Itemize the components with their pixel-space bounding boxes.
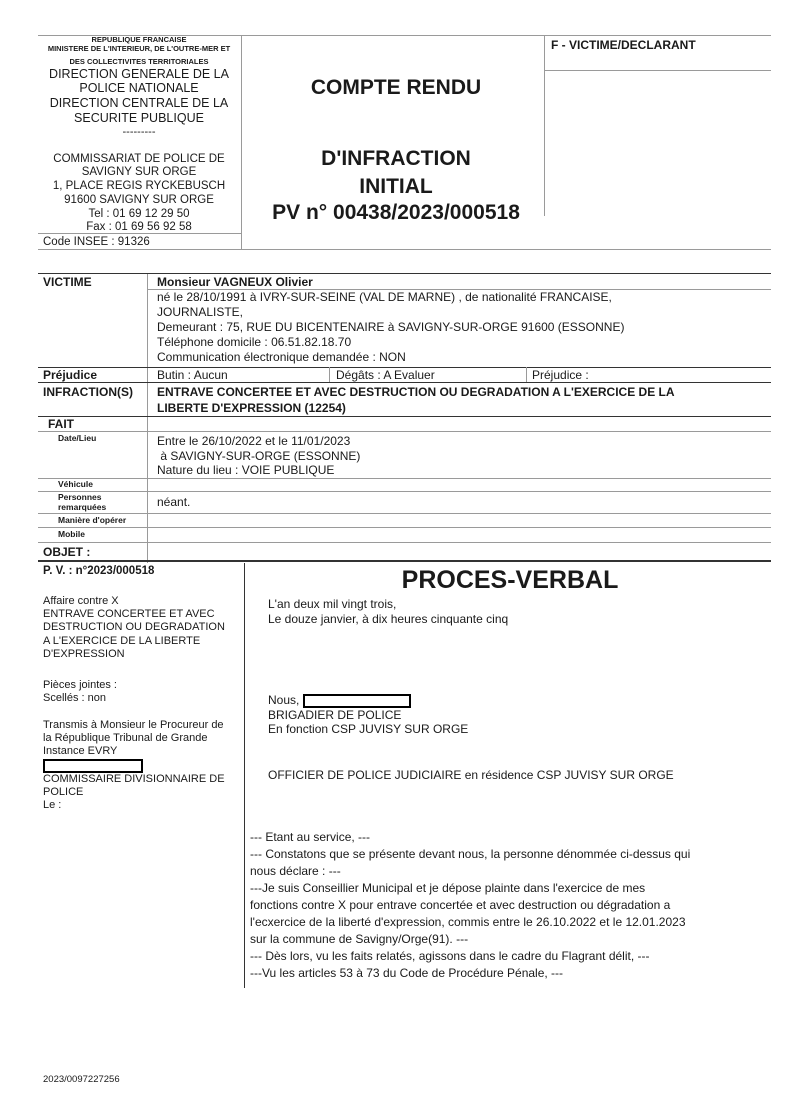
document-title-line-2: D'INFRACTION INITIAL: [246, 145, 546, 201]
datelieu-line-1: Entre le 26/10/2022 et le 11/01/2023: [157, 434, 350, 449]
maniere-label: Manière d'opérer: [58, 516, 126, 526]
declaration-line: --- Dès lors, vu les faits relatés, agis…: [250, 948, 750, 965]
signatory-block: COMMISSAIRE DIVISIONNAIRE DE POLICE Le :: [43, 773, 225, 813]
prejudice-div-1: [329, 367, 330, 382]
header-bottom-rule: [38, 249, 771, 250]
pv-number: PV n° 00438/2023/000518: [246, 201, 546, 225]
pieces-block: Pièces jointes : Scellés : non: [43, 679, 117, 705]
fait-label-rule: [38, 431, 771, 432]
declaration-line: fonctions contre X pour entrave concerté…: [250, 897, 750, 914]
infraction-line-2: LIBERTE D'EXPRESSION (12254): [157, 400, 346, 416]
transmis-line-1: Transmis à Monsieur le Procureur de: [43, 719, 224, 732]
infraction-line-1: ENTRAVE CONCERTEE ET AVEC DESTRUCTION OU…: [157, 384, 675, 400]
table-col-divider: [147, 274, 148, 417]
pieces-jointes: Pièces jointes :: [43, 679, 117, 692]
officer-block: Nous, BRIGADIER DE POLICE En fonction CS…: [268, 693, 468, 737]
personnes-label-2: remarquées: [58, 503, 106, 513]
direction-generale-2: POLICE NATIONALE: [38, 81, 240, 96]
issuing-authority: REPUBLIQUE FRANCAISE MINISTERE DE L'INTE…: [38, 36, 240, 235]
signatory-line-2: POLICE: [43, 786, 225, 799]
affaire-line-3: DESTRUCTION OU DEGRADATION: [43, 621, 225, 634]
prejudice-degats: Dégâts : A Evaluer: [336, 368, 435, 383]
declaration-line: sur la commune de Savigny/Orge(91). ---: [250, 931, 750, 948]
affaire-line-5: D'EXPRESSION: [43, 648, 225, 661]
objet-label: OBJET :: [43, 545, 90, 559]
direction-centrale-2: SECURITE PUBLIQUE: [38, 111, 240, 126]
ministry-line-1: MINISTERE DE L'INTERIEUR, DE L'OUTRE-MER…: [38, 45, 240, 54]
declaration-line: l'ecxercice de la liberté d'expression, …: [250, 914, 750, 931]
declaration-line: nous déclare : ---: [250, 863, 750, 880]
personnes-rule: [38, 513, 771, 514]
transmis-line-2: la République Tribunal de Grande: [43, 732, 224, 745]
infraction-label: INFRACTION(S): [43, 385, 133, 399]
commissariat-name-2: SAVIGNY SUR ORGE: [38, 166, 240, 180]
personnes-label: Personnes remarquées: [58, 493, 106, 513]
signatory-date: Le :: [43, 799, 225, 812]
affaire-line-2: ENTRAVE CONCERTEE ET AVEC: [43, 608, 225, 621]
victime-section-rule: [545, 70, 771, 71]
scelles: Scellés : non: [43, 692, 117, 705]
declaration-line: --- Constatons que se présente devant no…: [250, 846, 750, 863]
proces-verbal-title: PROCES-VERBAL: [330, 566, 690, 595]
redacted-name-left: [43, 759, 143, 773]
title-initial: INITIAL: [246, 173, 546, 201]
pv-day-time: Le douze janvier, à dix heures cinquante…: [268, 612, 508, 627]
prejudice-value: Préjudice :: [532, 368, 589, 383]
signatory-line-1: COMMISSAIRE DIVISIONNAIRE DE: [43, 773, 225, 786]
prejudice-butin: Butin : Aucun: [157, 368, 228, 383]
declaration-text: --- Etant au service, --- --- Constatons…: [250, 829, 750, 982]
declaration-line: --- Etant au service, ---: [250, 829, 750, 846]
affaire-block: Affaire contre X ENTRAVE CONCERTEE ET AV…: [43, 595, 225, 661]
pv-col-divider: [244, 563, 245, 988]
declaration-line: ---Vu les articles 53 à 73 du Code de Pr…: [250, 965, 750, 982]
datelieu-line-3: Nature du lieu : VOIE PUBLIQUE: [157, 463, 334, 478]
maniere-rule: [38, 527, 771, 528]
commissariat-fax: Fax : 01 69 56 92 58: [38, 221, 240, 235]
datelieu-label: Date/Lieu: [58, 434, 96, 444]
section-victime-declarant: F - VICTIME/DECLARANT: [551, 38, 696, 52]
victime-phone: Téléphone domicile : 06.51.82.18.70: [157, 335, 351, 350]
transmis-block: Transmis à Monsieur le Procureur de la R…: [43, 719, 224, 759]
victime-electronic-comm: Communication électronique demandée : NO…: [157, 350, 406, 365]
officer-rank: BRIGADIER DE POLICE: [268, 708, 468, 723]
header-separator: ---------: [38, 126, 240, 139]
direction-generale-1: DIRECTION GENERALE DE LA: [38, 67, 240, 82]
commissariat-address-1: 1, PLACE REGIS RYCKEBUSCH: [38, 180, 240, 194]
direction-centrale-1: DIRECTION CENTRALE DE LA: [38, 96, 240, 111]
victime-label: VICTIME: [43, 275, 92, 289]
transmis-line-3: Instance EVRY: [43, 745, 224, 758]
prejudice-div-2: [526, 367, 527, 382]
mobile-label: Mobile: [58, 530, 85, 540]
nous-line: Nous,: [268, 693, 468, 708]
title-infraction: D'INFRACTION: [246, 145, 546, 173]
datelieu-line-2: à SAVIGNY-SUR-ORGE (ESSONNE): [157, 449, 360, 464]
victime-profession: JOURNALISTE,: [157, 305, 243, 320]
header-divider-left: [241, 36, 242, 250]
vehicule-label: Véhicule: [58, 480, 93, 490]
objet-bottom-rule: [38, 560, 771, 562]
vehicule-rule: [38, 491, 771, 492]
redacted-officer-name: [303, 694, 411, 708]
prejudice-label: Préjudice: [43, 368, 97, 382]
commissariat-address-2: 91600 SAVIGNY SUR ORGE: [38, 194, 240, 208]
code-insee: Code INSEE : 91326: [43, 236, 150, 248]
opj-line: OFFICIER DE POLICE JUDICIAIRE en résiden…: [268, 768, 674, 783]
victime-birth: né le 28/10/1991 à IVRY-SUR-SEINE (VAL D…: [157, 290, 612, 305]
affaire-line-4: A L'EXERCICE DE LA LIBERTE: [43, 635, 225, 648]
footer-document-id: 2023/0097227256: [43, 1074, 120, 1085]
mobile-rule: [38, 542, 771, 543]
victime-name: Monsieur VAGNEUX Olivier: [157, 274, 313, 290]
personnes-value: néant.: [157, 495, 190, 510]
ministry-line-2: DES COLLECTIVITES TERRITORIALES: [38, 58, 240, 67]
commissariat-phone: Tel : 01 69 12 29 50: [38, 208, 240, 222]
officer-function: En fonction CSP JUVISY SUR ORGE: [268, 722, 468, 737]
document-title: COMPTE RENDU: [246, 76, 546, 100]
fait-label: FAIT: [48, 417, 74, 431]
pv-year: L'an deux mil vingt trois,: [268, 597, 508, 612]
datelieu-rule: [38, 478, 771, 479]
declaration-line: ---Je suis Conseillier Municipal et je d…: [250, 880, 750, 897]
affaire-line-1: Affaire contre X: [43, 595, 225, 608]
commissariat-name-1: COMMISSARIAT DE POLICE DE: [38, 153, 240, 167]
pv-date-block: L'an deux mil vingt trois, Le douze janv…: [268, 597, 508, 626]
nous-label: Nous,: [268, 693, 299, 707]
pv-reference: P. V. : n°2023/000518: [43, 565, 154, 578]
victime-address: Demeurant : 75, RUE DU BICENTENAIRE à SA…: [157, 320, 624, 335]
